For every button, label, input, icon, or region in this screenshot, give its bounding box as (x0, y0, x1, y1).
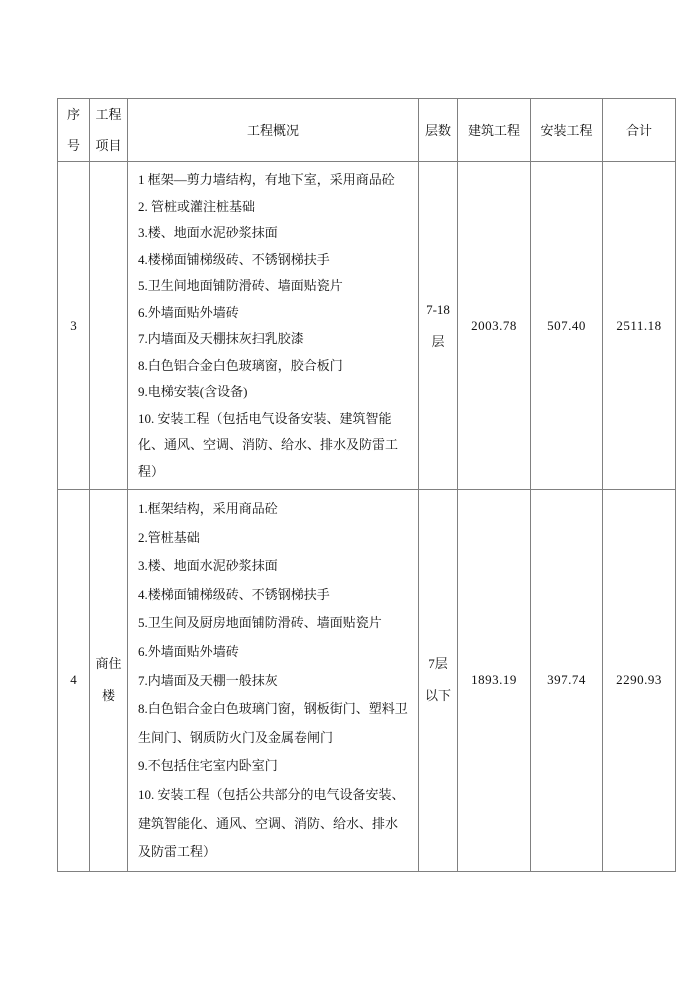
cell-serial-no: 4 (58, 490, 90, 872)
table-row-4: 4 商住楼 1.框架结构，采用商品砼 2.管桩基础 3.楼、地面水泥砂浆抹面 4… (58, 490, 676, 872)
cell-total-cost: 2511.18 (603, 162, 676, 490)
overview-item: 3.楼、地面水泥砂浆抹面 (138, 552, 410, 581)
col-header-project-item: 工程项目 (90, 99, 128, 162)
col-header-serial-no: 序号 (58, 99, 90, 162)
overview-item: 2. 管桩或灌注桩基础 (138, 194, 410, 221)
col-header-construction-work: 建筑工程 (458, 99, 531, 162)
col-header-total: 合计 (603, 99, 676, 162)
document-page: 序号 工程项目 工程概况 层数 建筑工程 安装工程 合计 3 1 框架—剪力墙结… (0, 0, 700, 990)
overview-item: 7.内墙面及天棚抹灰扫乳胶漆 (138, 326, 410, 353)
overview-item: 1 框架—剪力墙结构，有地下室，采用商品砼 (138, 167, 410, 194)
cell-construction-cost: 2003.78 (458, 162, 531, 490)
col-header-floors: 层数 (419, 99, 458, 162)
table-row-3: 3 1 框架—剪力墙结构，有地下室，采用商品砼 2. 管桩或灌注桩基础 3.楼、… (58, 162, 676, 490)
overview-item: 10. 安装工程（包括电气设备安装、建筑智能化、通风、空调、消防、给水、排水及防… (138, 406, 410, 486)
overview-item: 7.内墙面及天棚一般抹灰 (138, 667, 410, 696)
overview-item: 4.楼梯面铺梯级砖、不锈钢梯扶手 (138, 247, 410, 274)
overview-item: 8.白色铝合金白色玻璃门窗，钢板街门、塑料卫生间门、钢质防火门及金属卷闸门 (138, 695, 410, 752)
cell-project-overview: 1.框架结构，采用商品砼 2.管桩基础 3.楼、地面水泥砂浆抹面 4.楼梯面铺梯… (128, 490, 419, 872)
col-header-installation-work: 安装工程 (531, 99, 603, 162)
cell-installation-cost: 397.74 (531, 490, 603, 872)
overview-item: 6.外墙面贴外墙砖 (138, 300, 410, 327)
overview-item: 1.框架结构，采用商品砼 (138, 495, 410, 524)
cell-construction-cost: 1893.19 (458, 490, 531, 872)
overview-item: 9.电梯安装(含设备) (138, 379, 410, 406)
col-header-project-overview: 工程概况 (128, 99, 419, 162)
cell-project-overview: 1 框架—剪力墙结构，有地下室，采用商品砼 2. 管桩或灌注桩基础 3.楼、地面… (128, 162, 419, 490)
header-row: 序号 工程项目 工程概况 层数 建筑工程 安装工程 合计 (58, 99, 676, 162)
overview-item: 5.卫生间地面铺防滑砖、墙面贴瓷片 (138, 273, 410, 300)
cell-floors: 7层以下 (419, 490, 458, 872)
overview-item: 9.不包括住宅室内卧室门 (138, 752, 410, 781)
cell-floors: 7-18层 (419, 162, 458, 490)
overview-item: 2.管桩基础 (138, 524, 410, 553)
overview-item: 8.白色铝合金白色玻璃窗，胶合板门 (138, 353, 410, 380)
cell-project-item: 商住楼 (90, 490, 128, 872)
overview-item: 3.楼、地面水泥砂浆抹面 (138, 220, 410, 247)
cell-serial-no: 3 (58, 162, 90, 490)
overview-item: 5.卫生间及厨房地面铺防滑砖、墙面贴瓷片 (138, 609, 410, 638)
cell-total-cost: 2290.93 (603, 490, 676, 872)
overview-item: 10. 安装工程（包括公共部分的电气设备安装、建筑智能化、通风、空调、消防、给水… (138, 781, 410, 867)
overview-item: 4.楼梯面铺梯级砖、不锈钢梯扶手 (138, 581, 410, 610)
project-cost-table: 序号 工程项目 工程概况 层数 建筑工程 安装工程 合计 3 1 框架—剪力墙结… (57, 98, 676, 872)
cell-project-item (90, 162, 128, 490)
overview-item: 6.外墙面贴外墙砖 (138, 638, 410, 667)
cell-installation-cost: 507.40 (531, 162, 603, 490)
